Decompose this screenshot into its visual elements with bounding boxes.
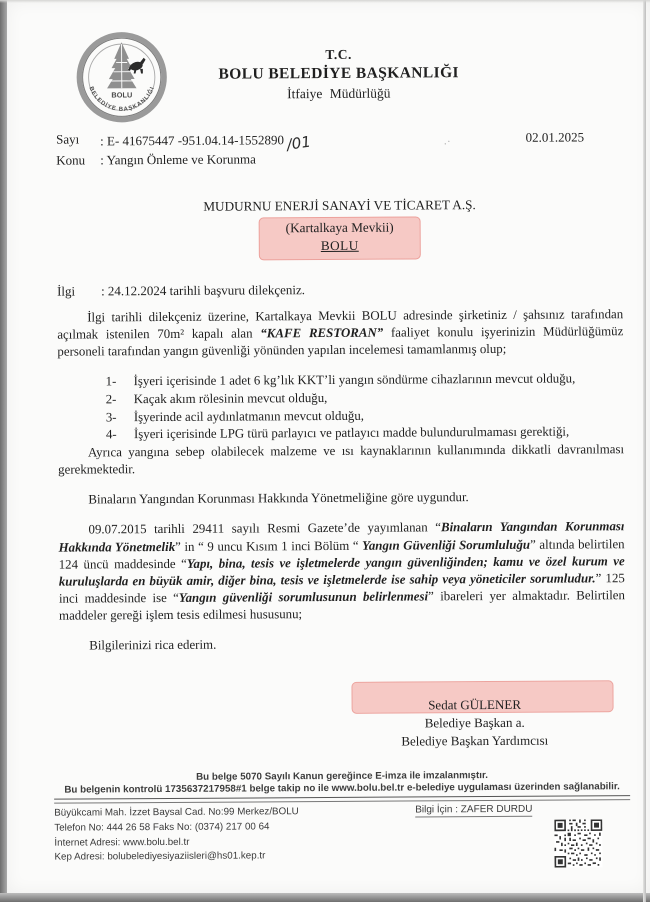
scan-edge-bottom — [0, 893, 650, 902]
ilgi-value: : 24.12.2024 tarihli başvuru dilekçeniz. — [101, 282, 305, 299]
ilgi-row: İlgi : 24.12.2024 tarihli başvuru dilekç… — [57, 280, 623, 299]
scan-edge-right — [643, 0, 646, 902]
scan-edge-left — [0, 0, 7, 902]
signer-title-2: Belediye Başkan Yardımcısı — [360, 732, 590, 751]
recipient-name: MUDURNU ENERJİ SANAYİ VE TİCARET A.Ş. — [56, 195, 622, 217]
scan-edge-top — [0, 0, 650, 3]
closing-line: Bilgilerinizi rica ederim. — [59, 634, 625, 655]
recipient-location: (Kartalkaya Mevkii) — [286, 218, 394, 237]
letter-content: BOLU BELEDİYE BAŞKANLIĞI T.C. BOLU BELED… — [3, 0, 650, 896]
recipient-highlight: (Kartalkaya Mevkii) BOLU — [259, 216, 421, 260]
paragraph-4: 09.07.2015 tarihli 29411 sayılı Resmi Ga… — [58, 519, 625, 625]
bolu-municipality-seal: BOLU BELEDİYE BAŞKANLIĞI — [75, 31, 168, 124]
signer-name: Sedat GÜLENER — [360, 696, 590, 715]
eimza-verification: Bu belgenin kontrolü 1735637217958#1 bel… — [54, 781, 630, 796]
scanned-letter: { "header": { "tc": "T.C.", "org": "BOLU… — [0, 0, 650, 902]
section-title-emphasis: Yangın Güvenliği Sorumluluğu — [362, 537, 530, 552]
konu-row: Konu : Yangın Önleme ve Korunma — [56, 148, 622, 169]
qr-code — [554, 820, 602, 868]
sayi-value: : E- 41675447 -951.04.14-1552890/01 — [100, 129, 310, 151]
signer-title-1: Belediye Başkan a. — [360, 714, 590, 733]
kep-line: Kep Adresi: bolubelediyesiyaziisleri@hs0… — [54, 849, 415, 866]
scan-artifact-mark: .· — [444, 137, 451, 147]
list-item-1: 1-İşyeri içerisinde 1 adet 6 kg’lık KKT’… — [58, 370, 624, 391]
konu-label: Konu — [56, 151, 100, 169]
horse-icon — [128, 58, 146, 74]
footer-divider — [54, 795, 630, 804]
footer-columns: Büyükcami Mah. İzzet Baysal Cad. No:99 M… — [54, 803, 630, 865]
footer-contact: Bilgi İçin : ZAFER DURDU — [415, 803, 630, 863]
paragraph-1: İlgi tarihli dilekçeniz üzerine, Kartalk… — [57, 306, 623, 361]
paper-page: BOLU BELEDİYE BAŞKANLIĞI T.C. BOLU BELED… — [6, 0, 650, 894]
footer-address: Büyükcami Mah. İzzet Baysal Cad. No:99 M… — [54, 805, 415, 866]
ilgi-label: İlgi — [57, 283, 101, 299]
recipient-city: BOLU — [286, 237, 394, 256]
paragraph-3: Binaların Yangından Korunması Hakkında Y… — [58, 489, 624, 510]
document-date: 02.01.2025 — [526, 130, 585, 146]
kafe-restoran-emphasis: “KAFE RESTORAN” — [260, 325, 383, 340]
sayi-label: Sayı — [56, 131, 100, 152]
konu-value: : Yangın Önleme ve Korunma — [100, 150, 256, 168]
signature-block: Sedat GÜLENER Belediye Başkan a. Belediy… — [360, 696, 590, 751]
logo-bolu-text: BOLU — [111, 90, 132, 99]
contact-person: Bilgi İçin : ZAFER DURDU — [415, 804, 532, 818]
article-125-quote: Yangın güvenliği sorumlusunun belirlenme… — [179, 589, 428, 605]
letter-footer: Bu belge 5070 Sayılı Kanun gereğince E-i… — [54, 769, 631, 865]
document-meta: Sayı : E- 41675447 -951.04.14-1552890/01… — [56, 128, 622, 169]
findings-list: 1-İşyeri içerisinde 1 adet 6 kg’lık KKT’… — [58, 370, 624, 445]
handwritten-annotation: /01 — [285, 132, 312, 156]
recipient-block: MUDURNU ENERJİ SANAYİ VE TİCARET A.Ş. (K… — [56, 195, 622, 261]
paragraph-2: Ayrıca yangına sebep olabilecek malzeme … — [58, 441, 624, 479]
letter-body: İlgi tarihli dilekçeniz üzerine, Kartalk… — [57, 306, 625, 655]
